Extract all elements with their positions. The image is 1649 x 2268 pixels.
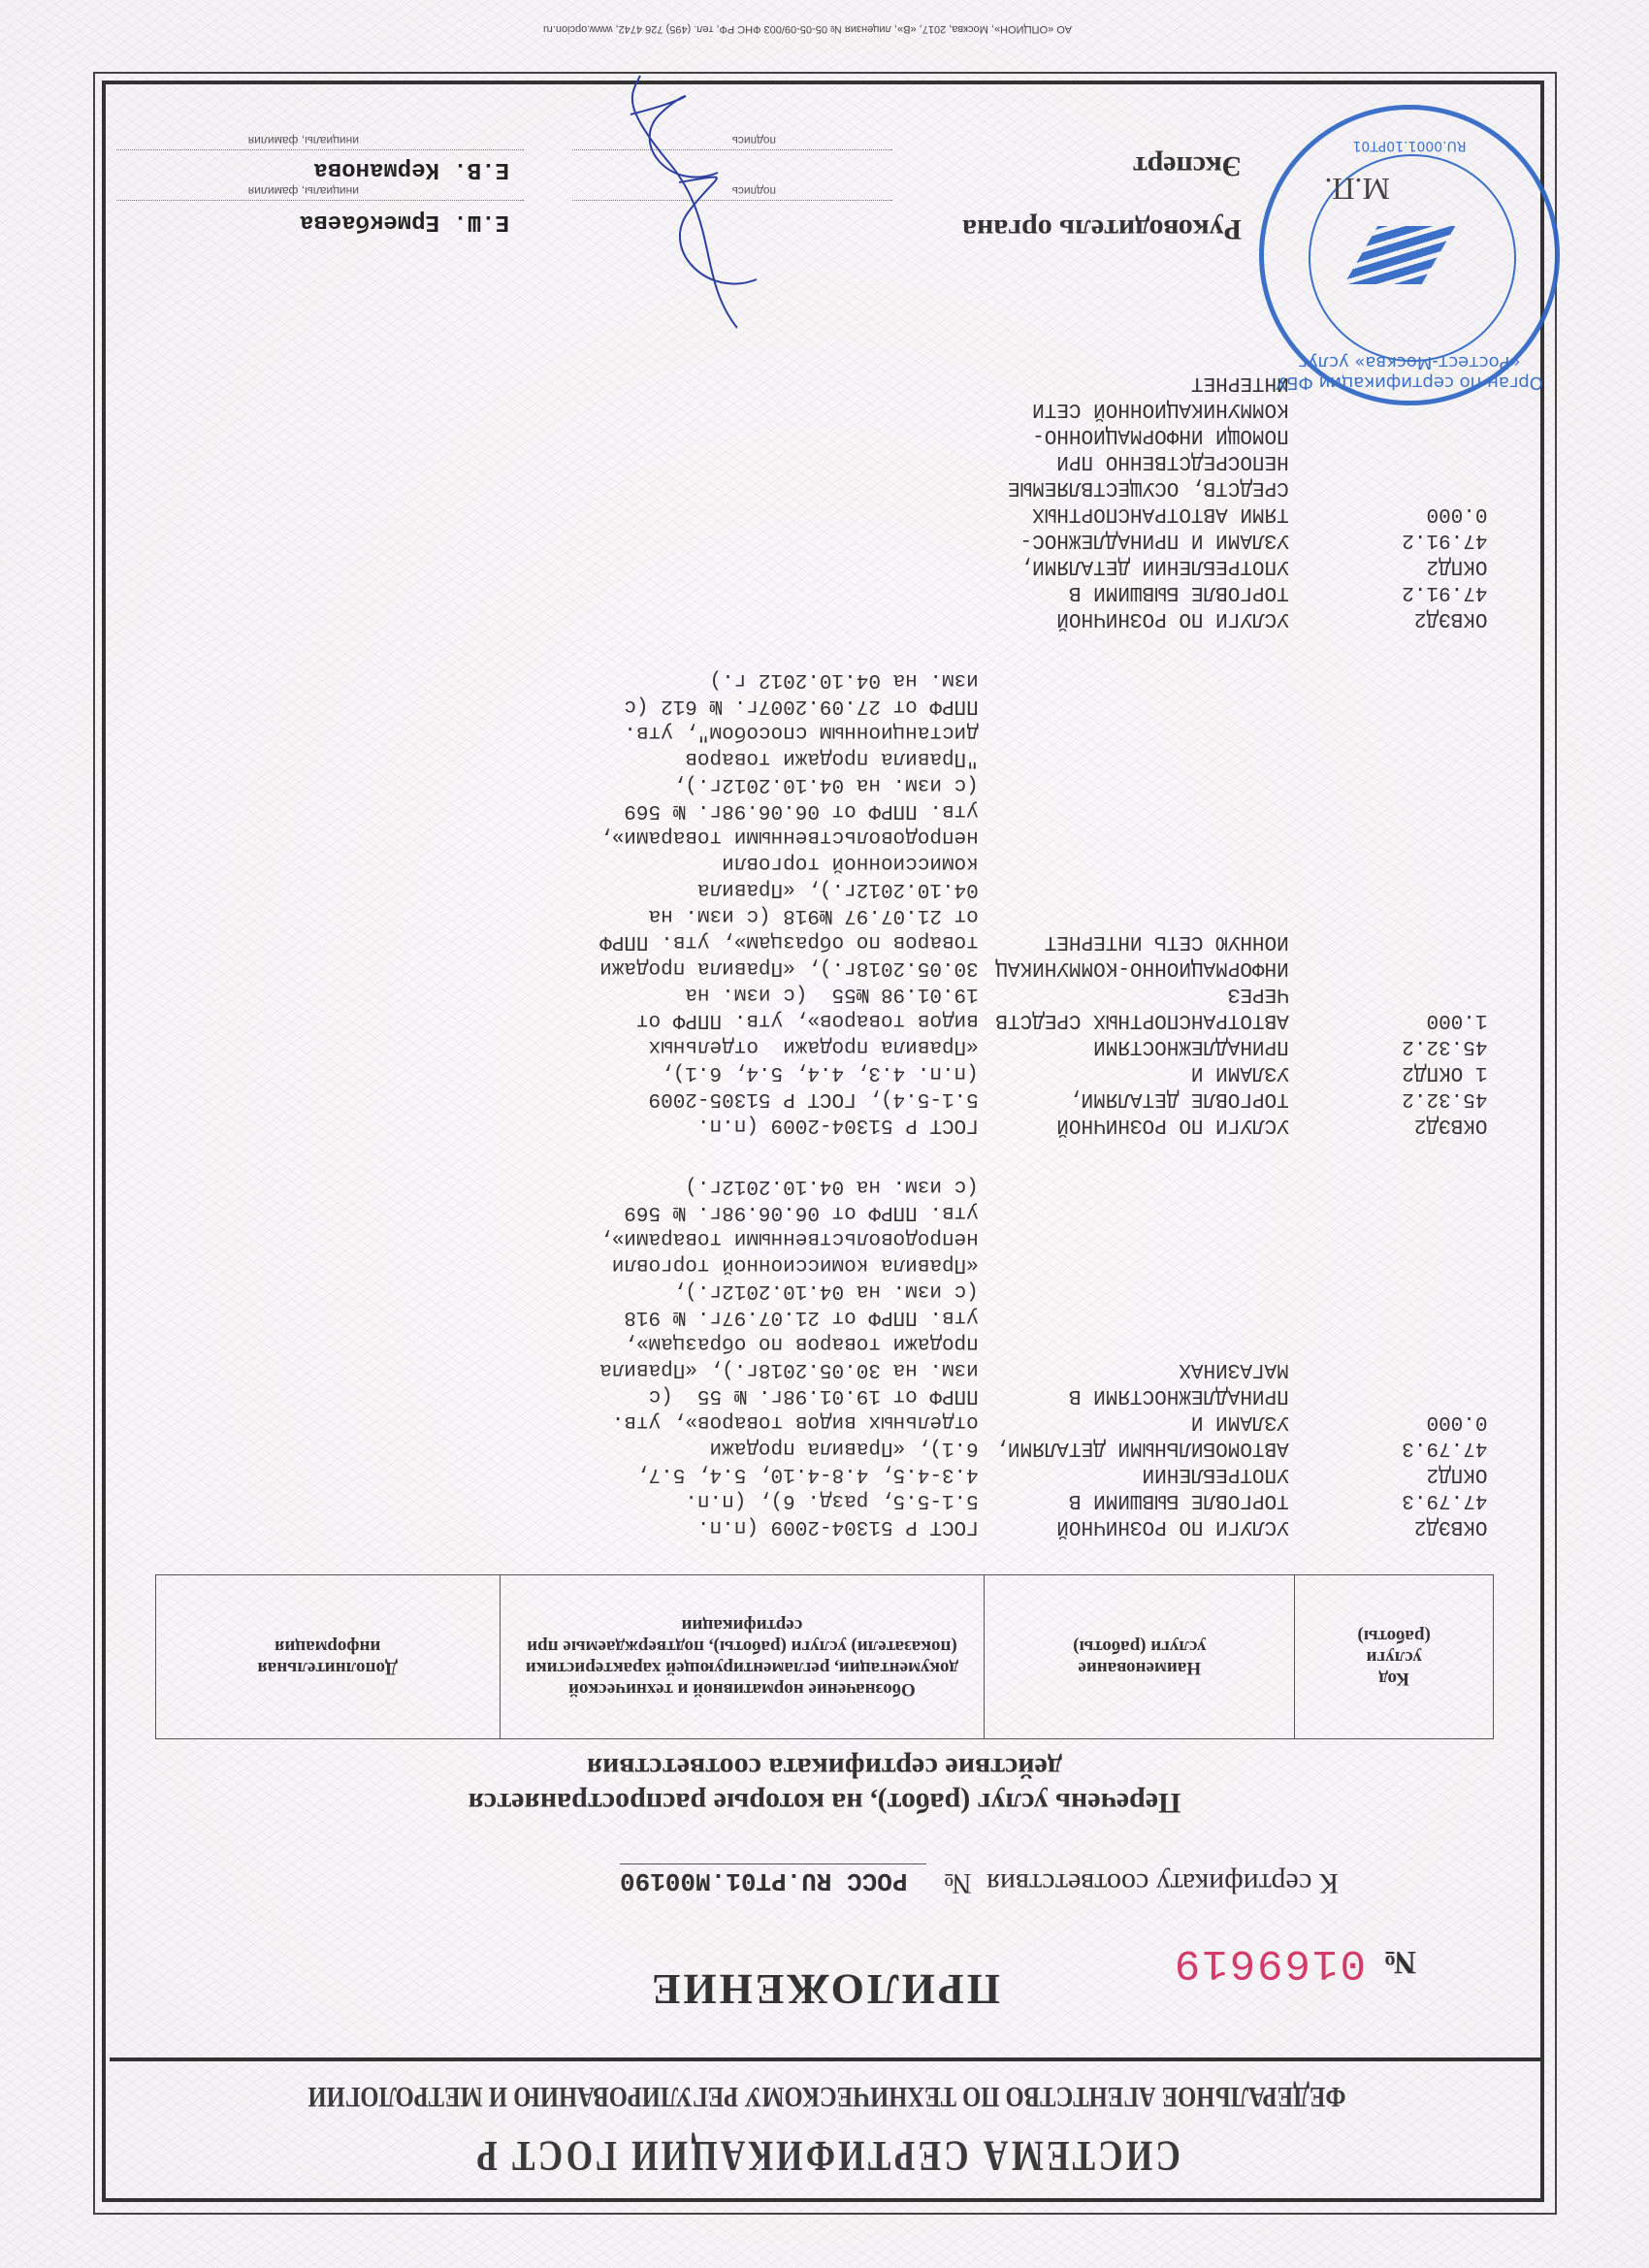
head-label: Руководитель органа (962, 212, 1242, 245)
service-extra (156, 1173, 501, 1575)
column-header-docs: Обозначение нормативной и технической до… (500, 1575, 985, 1739)
service-name: УСЛУГИ ПО РОЗНИЧНОЙ ТОРГОВЛЕ ДЕТАЛЯМИ, У… (985, 666, 1295, 1173)
list-title-line-2: действие сертификата соответствия (0, 1750, 1649, 1785)
service-code: ОКВЭД2 47.91.2 ОКПД2 47.91.2 0.000 (1295, 370, 1494, 666)
certificate-label: К сертификату соответствия (986, 1867, 1339, 1899)
stamp-text: Орган по сертификации ФБУ «Ростест-Москв… (1274, 352, 1545, 393)
expert-name-line (116, 149, 524, 151)
service-code: ОКВЭД2 47.79.3 ОКПД2 47.79.3 0.000 (1295, 1173, 1494, 1575)
service-docs (500, 370, 985, 666)
column-header-code: Код услуги (работы) (1295, 1575, 1494, 1739)
certificate-number: РОСС RU.РТ01.М00190 (620, 1863, 926, 1895)
stamp-mp-label: М.П. (1324, 171, 1390, 207)
list-title-line-1: Перечень услуг (работ), на которые распр… (0, 1785, 1649, 1820)
table-row: ОКВЭД2 47.91.2 ОКПД2 47.91.2 0.000 УСЛУГ… (156, 370, 1494, 666)
certificate-appendix-sheet: СИСТЕМА СЕРТИФИКАЦИИ ГОСТ Р ФЕДЕРАЛЬНОЕ … (0, 0, 1649, 2268)
printer-imprint: АО «ОПЦИОН», Москва, 2017, «В», лицензия… (543, 23, 1072, 35)
list-title: Перечень услуг (работ), на которые распр… (0, 1750, 1649, 1820)
table-row: ОКВЭД2 45.32.2 1 ОКПД2 45.32.2 1.000 УСЛ… (156, 666, 1494, 1173)
service-name: УСЛУГИ ПО РОЗНИЧНОЙ ТОРГОВЛЕ БЫВШИМИ В У… (985, 370, 1295, 666)
service-extra (156, 370, 501, 666)
services-table: Код услуги (работы) Наименование услуги … (155, 370, 1494, 1739)
service-code: ОКВЭД2 45.32.2 1 ОКПД2 45.32.2 1.000 (1295, 666, 1494, 1173)
column-header-extra: Дополнительная информация (156, 1575, 501, 1739)
certificate-reference: К сертификату соответствия № РОСС RU.РТ0… (620, 1863, 1339, 1899)
head-name-line (116, 200, 524, 202)
head-name: Е.Ш. Ермекбаева (300, 209, 509, 235)
service-docs: ГОСТ Р 51304-2009 (п.п. 5.1-5.4), ГОСТ Р… (500, 666, 985, 1173)
service-docs: ГОСТ Р 51304-2009 (п.п. 5.1-5.5, разд. 6… (500, 1173, 985, 1575)
handwritten-signatures (563, 66, 776, 338)
column-header-name: Наименование услуги (работы) (985, 1575, 1295, 1739)
header-box: СИСТЕМА СЕРТИФИКАЦИИ ГОСТ Р ФЕДЕРАЛЬНОЕ … (110, 2057, 1544, 2202)
expert-name: Е.В. Керманова (313, 156, 509, 182)
stamp-code: RU.0001.10РТ01 (1264, 138, 1555, 153)
service-extra (156, 666, 501, 1173)
service-name: УСЛУГИ ПО РОЗНИЧНОЙ ТОРГОВЛЕ БЫВШИМИ В У… (985, 1173, 1295, 1575)
system-title: СИСТЕМА СЕРТИФИКАЦИИ ГОСТ Р (253, 2131, 1401, 2181)
expert-name-caption: инициалы, фамилия (248, 134, 359, 147)
agency-name: ФЕДЕРАЛЬНОЕ АГЕНТСТВО ПО ТЕХНИЧЕСКОМУ РЕ… (239, 2080, 1415, 2113)
certificate-no-sign: № (944, 1867, 972, 1899)
expert-label: Эксперт (1133, 149, 1242, 182)
head-name-caption: инициалы, фамилия (248, 184, 359, 198)
certification-body-stamp: Орган по сертификации ФБУ «Ростест-Москв… (1259, 105, 1560, 405)
appendix-title: ПРИЛОЖЕНИЕ (0, 1964, 1649, 2014)
table-row: ОКВЭД2 47.79.3 ОКПД2 47.79.3 0.000 УСЛУГ… (156, 1173, 1494, 1575)
table-header-row: Код услуги (работы) Наименование услуги … (156, 1575, 1494, 1739)
